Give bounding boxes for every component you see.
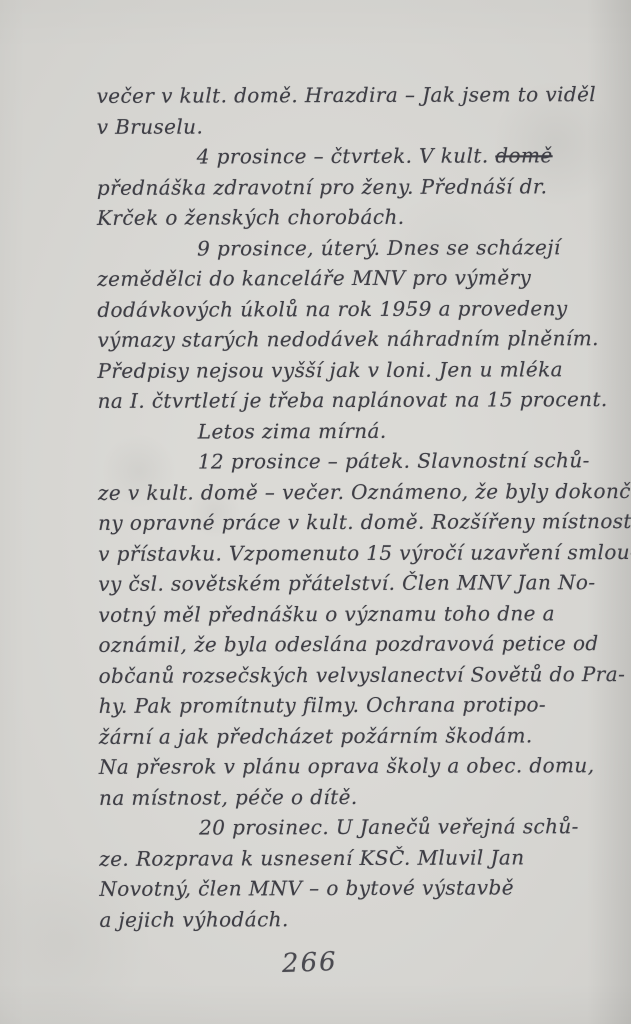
manuscript-page: večer v kult. domě. Hrazdira – Jak jsem … (0, 0, 631, 1024)
handwriting-line: výmazy starých nedodávek náhradním plněn… (97, 323, 594, 355)
handwriting-line: večer v kult. domě. Hrazdira – Jak jsem … (97, 79, 594, 111)
handwriting-line: na I. čtvrtletí je třeba naplánovat na 1… (98, 384, 595, 416)
handwriting-line: ny opravné práce v kult. domě. Rozšířeny… (98, 506, 595, 538)
handwriting-line: zemědělci do kanceláře MNV pro výměry (97, 262, 594, 294)
handwriting-line: v Bruselu. (97, 110, 594, 142)
handwriting-line: 20 prosinec. U Janečů veřejná schů- (99, 811, 596, 843)
handwriting-line: v přístavku. Vzpomenuto 15 výročí uzavře… (98, 537, 595, 569)
handwriting-line: 9 prosince, úterý. Dnes se scházejí (97, 232, 594, 264)
handwriting-line: přednáška zdravotní pro ženy. Přednáší d… (97, 171, 594, 203)
handwriting-line: 4 prosince – čtvrtek. V kult. domě (97, 140, 594, 172)
handwriting-line: na místnost, péče o dítě. (99, 781, 596, 813)
handwriting-line: hy. Pak promítnuty filmy. Ochrana protip… (99, 689, 596, 721)
handwriting-line: 12 prosince – pátek. Slavnostní schů- (98, 445, 595, 477)
handwriting-line: Novotný, člen MNV – o bytové výstavbě (99, 872, 596, 904)
handwriting-line: votný měl přednášku o významu toho dne a (98, 598, 595, 630)
handwriting-line: oznámil, že byla odeslána pozdravová pet… (98, 628, 595, 660)
manuscript-text: večer v kult. domě. Hrazdira – Jak jsem … (97, 79, 597, 935)
handwriting-line: Letos zima mírná. (98, 415, 595, 447)
handwriting-line: žární a jak předcházet požárním škodám. (99, 720, 596, 752)
handwriting-line: ze v kult. domě – večer. Oznámeno, že by… (98, 476, 595, 508)
handwriting-line: vy čsl. sovětském přátelství. Člen MNV J… (98, 567, 595, 599)
handwriting-line: Předpisy nejsou vyšší jak v loni. Jen u … (97, 354, 594, 386)
page-number: 266 (281, 947, 338, 979)
handwriting-line: Krček o ženských chorobách. (97, 201, 594, 233)
handwriting-line: dodávkových úkolů na rok 1959 a proveden… (97, 293, 594, 325)
handwriting-line: a jejich výhodách. (99, 903, 596, 935)
handwriting-line: Na přesrok v plánu oprava školy a obec. … (99, 750, 596, 782)
handwriting-line: ze. Rozprava k usnesení KSČ. Mluvil Jan (99, 842, 596, 874)
handwriting-line: občanů rozsečských velvyslanectví Sovětů… (99, 659, 596, 691)
struck-word: domě (495, 143, 552, 167)
